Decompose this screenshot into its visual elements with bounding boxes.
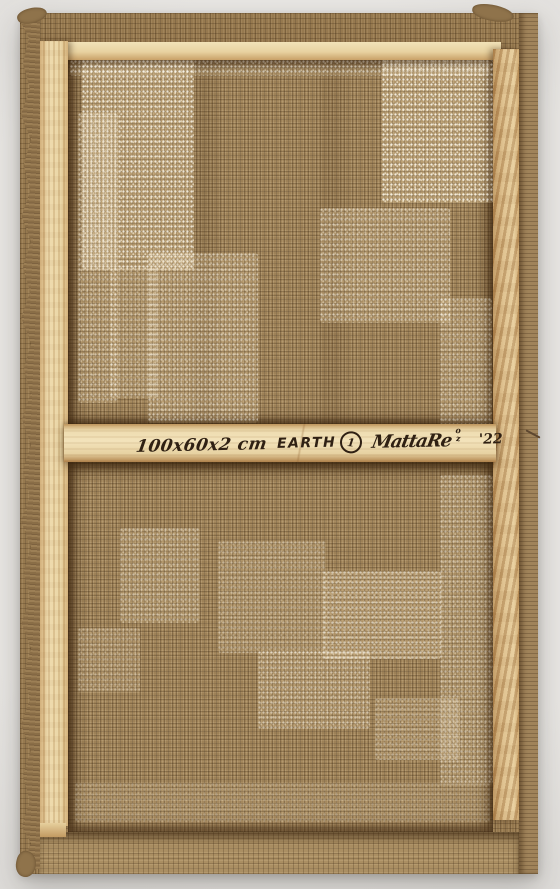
burlap-fold-bottom	[38, 832, 519, 874]
photo-backdrop: 100x60x2 cm EARTH 1 MattaRe o z '22	[0, 0, 560, 889]
inscription-signature: MattaRe	[370, 430, 453, 453]
edition-number: 1	[347, 435, 356, 449]
canvas-back: 100x60x2 cm EARTH 1 MattaRe o z '22	[20, 13, 538, 874]
signature-flourish: o z	[455, 427, 461, 442]
edition-circle: 1	[339, 430, 363, 454]
stretcher-bar-top	[40, 42, 501, 60]
frayed-edge-left	[20, 21, 40, 869]
burlap-panel-upper	[68, 60, 493, 424]
burlap-panel-lower	[68, 462, 493, 832]
inscription-title: EARTH	[277, 435, 337, 452]
signature-subscript: z	[456, 435, 461, 443]
fray-tuft-top-right	[471, 2, 515, 24]
inscription-dimensions: 100x60x2 cm	[134, 434, 268, 457]
stretcher-bar-bottom-sliver	[38, 823, 66, 837]
inscription-year: '22	[479, 431, 503, 447]
burlap-wrap-right	[519, 13, 538, 874]
